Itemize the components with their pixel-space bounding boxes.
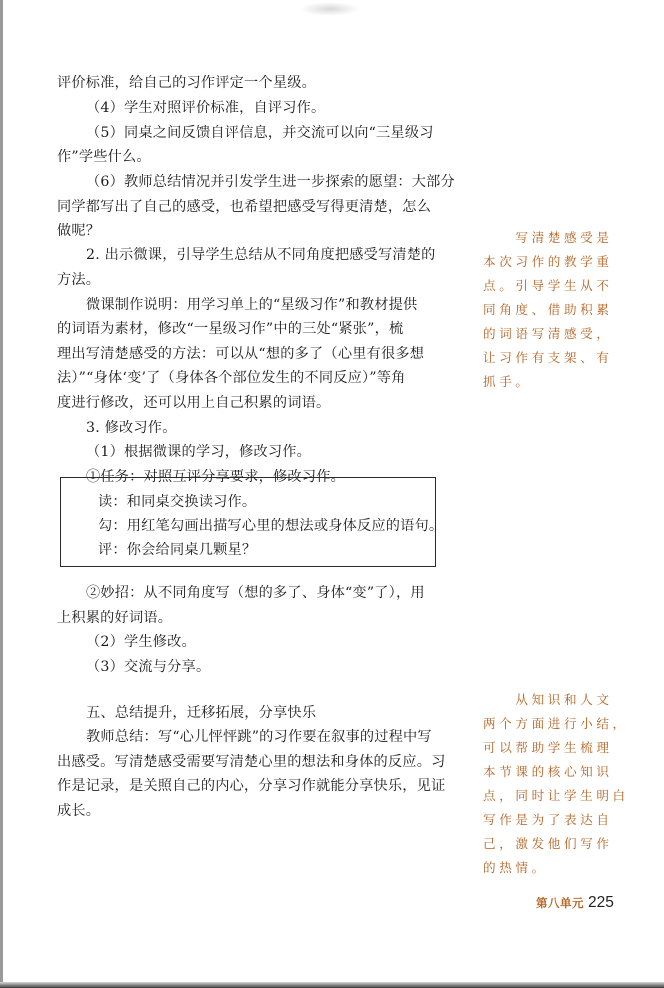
task-box-line: 勾：用红笔勾画出描写心里的想法或身体反应的语句。 <box>98 516 443 536</box>
text-line: 作”学些什么。 <box>57 147 151 167</box>
text-line: 微课制作说明：用学习单上的“星级习作”和教材提供 <box>57 295 417 315</box>
text-line: 评价标准，给自己的习作评定一个星级。 <box>57 73 316 93</box>
margin-note-line: 点。引导学生从不 <box>483 276 613 296</box>
text-line: 2. 出示微课，引导学生总结从不同角度把感受写清楚的 <box>57 245 436 265</box>
text-line: 同学都写出了自己的感受，也希望把感受写得更清楚，怎么 <box>57 197 431 217</box>
margin-note-line: 从知识和人文 <box>483 690 613 710</box>
margin-note-line: 写清楚感受是 <box>483 228 613 248</box>
text-line: 法）”“身体‘变’了（身体各个部位发生的不同反应）”等角 <box>57 368 406 388</box>
page-binding-edge <box>0 0 3 988</box>
text-line: （1）根据微课的学习，修改习作。 <box>57 442 311 462</box>
margin-note-line: 点，同时让学生明白 <box>483 786 629 806</box>
margin-note-line: 让习作有支架、有 <box>483 348 613 368</box>
text-line: 成长。 <box>57 801 100 821</box>
text-line: （6）教师总结情况并引发学生进一步探索的愿望：大部分 <box>57 172 455 192</box>
margin-note-line: 的词语写清感受， <box>483 324 613 344</box>
text-line: 出感受。写清楚感受需要写清楚心里的想法和身体的反应。习 <box>57 752 445 772</box>
text-line: （2）学生修改。 <box>57 632 196 652</box>
margin-note-line: 写作是为了表达自 <box>483 810 613 830</box>
margin-note-line: 己，激发他们写作 <box>483 834 613 854</box>
task-box: 读：和同桌交换读习作。勾：用红笔勾画出描写心里的想法或身体反应的语句。评：你会给… <box>60 477 436 567</box>
text-line: 理出写清楚感受的方法：可以从“想的多了（心里有很多想 <box>57 344 424 364</box>
text-line: 作是记录，是关照自己的内心，分享习作就能分享快乐，见证 <box>57 776 445 796</box>
scan-smudge <box>300 2 360 16</box>
page-footer: 第八单元225 <box>536 892 614 912</box>
page-number: 225 <box>588 894 614 911</box>
margin-note-line: 本次习作的教学重 <box>483 252 613 272</box>
text-line: 教师总结：写“心儿怦怦跳”的习作要在叙事的过程中写 <box>57 727 432 747</box>
text-line: 度进行修改，还可以用上自己积累的词语。 <box>57 393 330 413</box>
margin-note-line: 抓手。 <box>483 372 532 392</box>
margin-note-line: 本节课的核心知识 <box>483 762 613 782</box>
text-line: （3）交流与分享。 <box>57 657 210 677</box>
text-line: （4）学生对照评价标准，自评习作。 <box>57 98 325 118</box>
unit-label: 第八单元 <box>536 896 584 910</box>
text-line: 上积累的好词语。 <box>57 608 172 628</box>
margin-note-line: 的热情。 <box>483 858 548 878</box>
text-line: 的词语为素材，修改“一星级习作”中的三处“紧张”，梳 <box>57 319 403 339</box>
text-line: 3. 修改习作。 <box>57 418 177 438</box>
margin-note-line: 两个方面进行小结， <box>483 714 629 734</box>
text-line: ②妙招：从不同角度写（想的多了、身体“变”了），用 <box>57 583 425 603</box>
task-box-line: 评：你会给同桌几颗星？ <box>98 540 256 560</box>
task-box-line: 读：和同桌交换读习作。 <box>98 492 256 512</box>
margin-note-line: 同角度、借助积累 <box>483 300 613 320</box>
text-line: （5）同桌之间反馈自评信息，并交流可以向“三星级习 <box>57 123 434 143</box>
margin-note-line: 可以帮助学生梳理 <box>483 738 613 758</box>
page-bottom-edge <box>0 982 664 988</box>
text-line: 五、总结提升，迁移拓展，分享快乐 <box>57 703 316 723</box>
text-line: 方法。 <box>57 270 100 290</box>
text-line: 做呢？ <box>57 221 100 241</box>
